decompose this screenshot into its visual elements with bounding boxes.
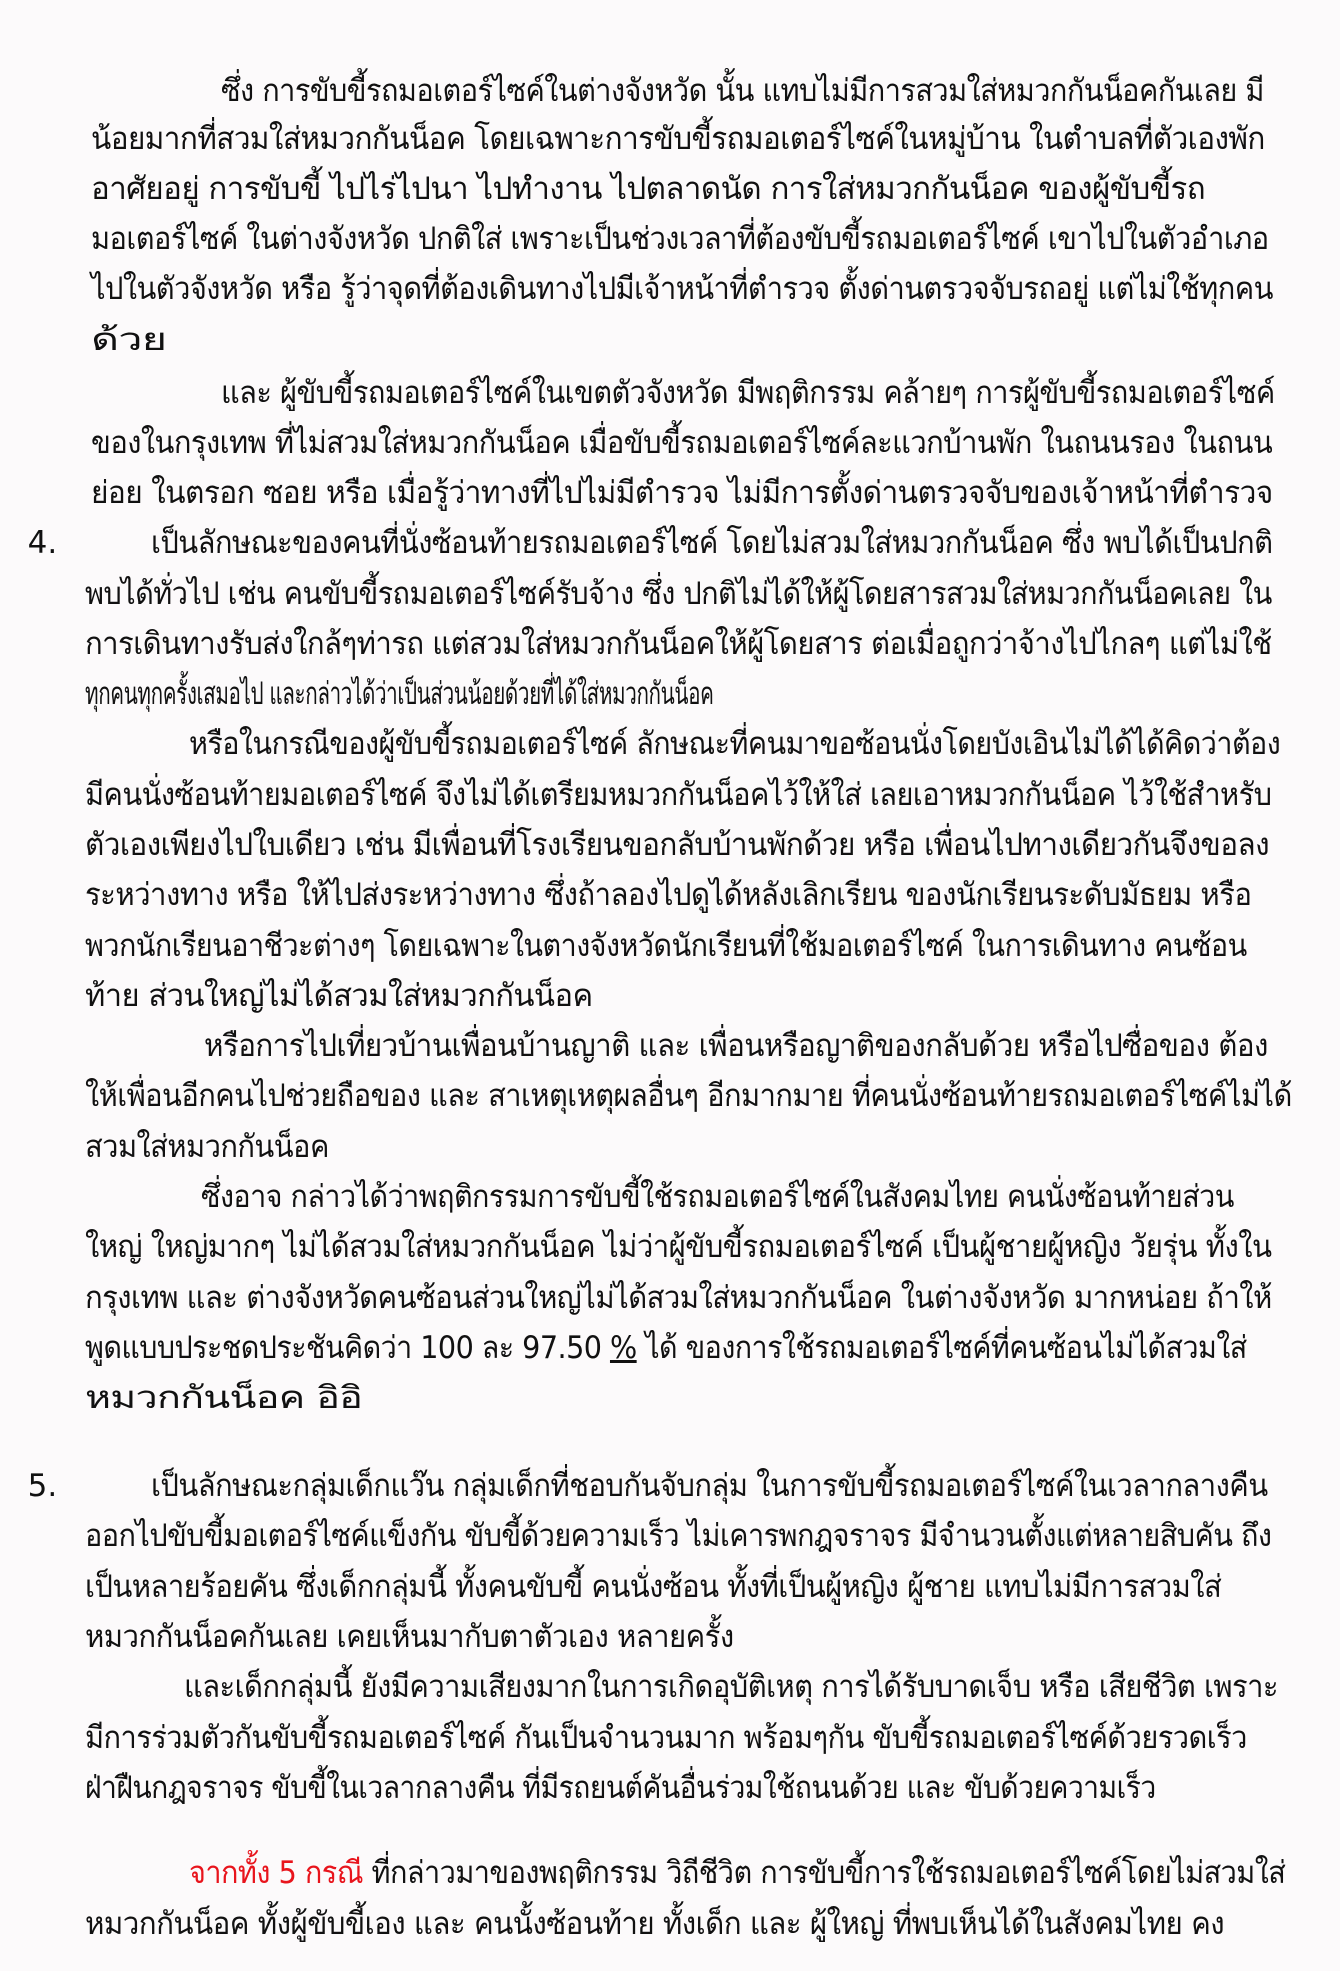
paragraph-line: ซึ่งอาจ กล่าวได้ว่าพฤติกรรมการขับขี้ใช้ร… [201,1173,1234,1221]
paragraph-line: พูดแบบประชดประชันคิดว่า 100 ละ 97.50 % ไ… [85,1324,1247,1372]
paragraph-line: หรือในกรณีของผู้ขับขี้รถมอเตอร์ไซค์ ลักษ… [189,720,1280,768]
list-item-line: การเดินทางรับส่งใกล้ๆท่ารถ แต่สวมใส่หมวก… [85,620,1272,668]
list-number: 5. [28,1462,58,1510]
list-item-line: เป็นหลายร้อยคัน ซึ่งเด็กกลุ่มนี้ ทั้งคนข… [85,1563,1221,1611]
paragraph-line: สวมใส่หมวกกันน็อค [85,1123,329,1171]
list-item-line: เป็นลักษณะของคนที่นั่งซ้อนท้ายรถมอเตอร์ไ… [151,519,1272,567]
highlight-text: จากทั้ง 5 กรณี [189,1855,363,1891]
list-item-line: พบได้ทั่วไป เช่น คนขับขี้รถมอเตอร์ไซค์รั… [85,570,1272,618]
list-item-line: เป็นลักษณะกลุ่มเด็กแว๊น กลุ่มเด็กที่ชอบก… [151,1462,1268,1510]
list-item-line: หมวกกันน็อคกันเลย เคยเห็นมากับตาตัวเอง ห… [85,1613,734,1661]
paragraph-line: มอเตอร์ไซค์ ในต่างจังหวัด ปกติใส่ เพราะเ… [91,215,1269,263]
paragraph-line: ระหว่างทาง หรือ ให้ไปส่งระหว่างทาง ซึ่งถ… [85,871,1251,919]
paragraph-line: หมวกกันน็อค อิอิ [85,1374,362,1422]
paragraph-line: ท้าย ส่วนใหญ่ไม่ได้สวมใส่หมวกกันน็อค [85,972,593,1020]
paragraph-line: ย่อย ในตรอก ซอย หรือ เมื่อรู้ว่าทางที่ไป… [91,469,1273,517]
paragraph-line: พวกนักเรียนอาชีวะต่างๆ โดยเฉพาะในตางจังห… [85,922,1247,970]
list-number: 4. [28,519,58,567]
list-item-line: ออกไปขับขี้มอเตอร์ไซค์แข็งกัน ขับขี้ด้วย… [85,1512,1271,1560]
paragraph-line: หรือการไปเที่ยวบ้านเพื่อนบ้านญาติ และ เพ… [204,1022,1268,1070]
paragraph-line: กรุงเทพ และ ต่างจังหวัดคนซ้อนส่วนใหญ่ไม่… [85,1274,1272,1322]
paragraph-line: มีคนนั่งซ้อนท้ายมอเตอร์ไซค์ จึงไม่ได้เตร… [85,771,1271,819]
percent-sign: % [610,1330,637,1366]
list-item-line: ทุกคนทุกครั้งเสมอไป และกล่าวได้ว่าเป็นส่… [85,670,713,718]
line-text: ที่กล่าวมาของพฤติกรรม วิถีชีวิต การขับขี… [362,1855,1284,1891]
paragraph-line: ซึ่ง การขับขี้รถมอเตอร์ไซค์ในต่างจังหวัด… [221,67,1264,115]
paragraph-line: ของในกรุงเทพ ที่ไม่สวมใส่หมวกกันน็อค เมื… [91,419,1272,467]
paragraph-line: ใหญ่ ใหญ่มากๆ ไม่ได้สวมใส่หมวกกันน็อค ไม… [85,1223,1272,1271]
paragraph-line: ไปในตัวจังหวัด หรือ รู้ว่าจุดที่ต้องเดิน… [91,265,1273,313]
paragraph-line: ตัวเองเพียงไปใบเดียว เช่น มีเพื่อนที่โรง… [85,821,1269,869]
line-text: ได้ ของการใช้รถมอเตอร์ไซค์ที่คนซ้อนไม่ได… [637,1330,1247,1366]
line-text: พูดแบบประชดประชันคิดว่า 100 ละ 97.50 [85,1330,610,1366]
paragraph-line: ฝ่าฝืนกฎจราจร ขับขี้ในเวลากลางคืน ที่มีร… [85,1764,1156,1812]
paragraph-line: และ ผู้ขับขี้รถมอเตอร์ไซค์ในเขตตัวจังหวั… [221,369,1275,417]
paragraph-line: และเด็กกลุ่มนี้ ยังมีความเสียงมากในการเก… [184,1663,1278,1711]
paragraph-line: อาศัยอยู่ การขับขี้ ไปไร่ไปนา ไปทำงาน ไป… [91,165,1205,213]
paragraph-line: ให้เพื่อนอีกคนไปช่วยถือของ และ สาเหตุเหต… [85,1072,1292,1120]
paragraph-line: น้อยมากที่สวมใส่หมวกกันน็อค โดยเฉพาะการข… [91,115,1265,163]
conclusion-line: จากทั้ง 5 กรณี ที่กล่าวมาของพฤติกรรม วิถ… [189,1849,1285,1897]
paragraph-line: มีการร่วมตัวกันขับขี้รถมอเตอร์ไซค์ กันเป… [85,1714,1247,1762]
conclusion-line: หมวกกันน็อค ทั้งผู้ขับขี้เอง และ คนนั้งซ… [85,1900,1224,1948]
paragraph-line: ด้วย [91,316,166,364]
